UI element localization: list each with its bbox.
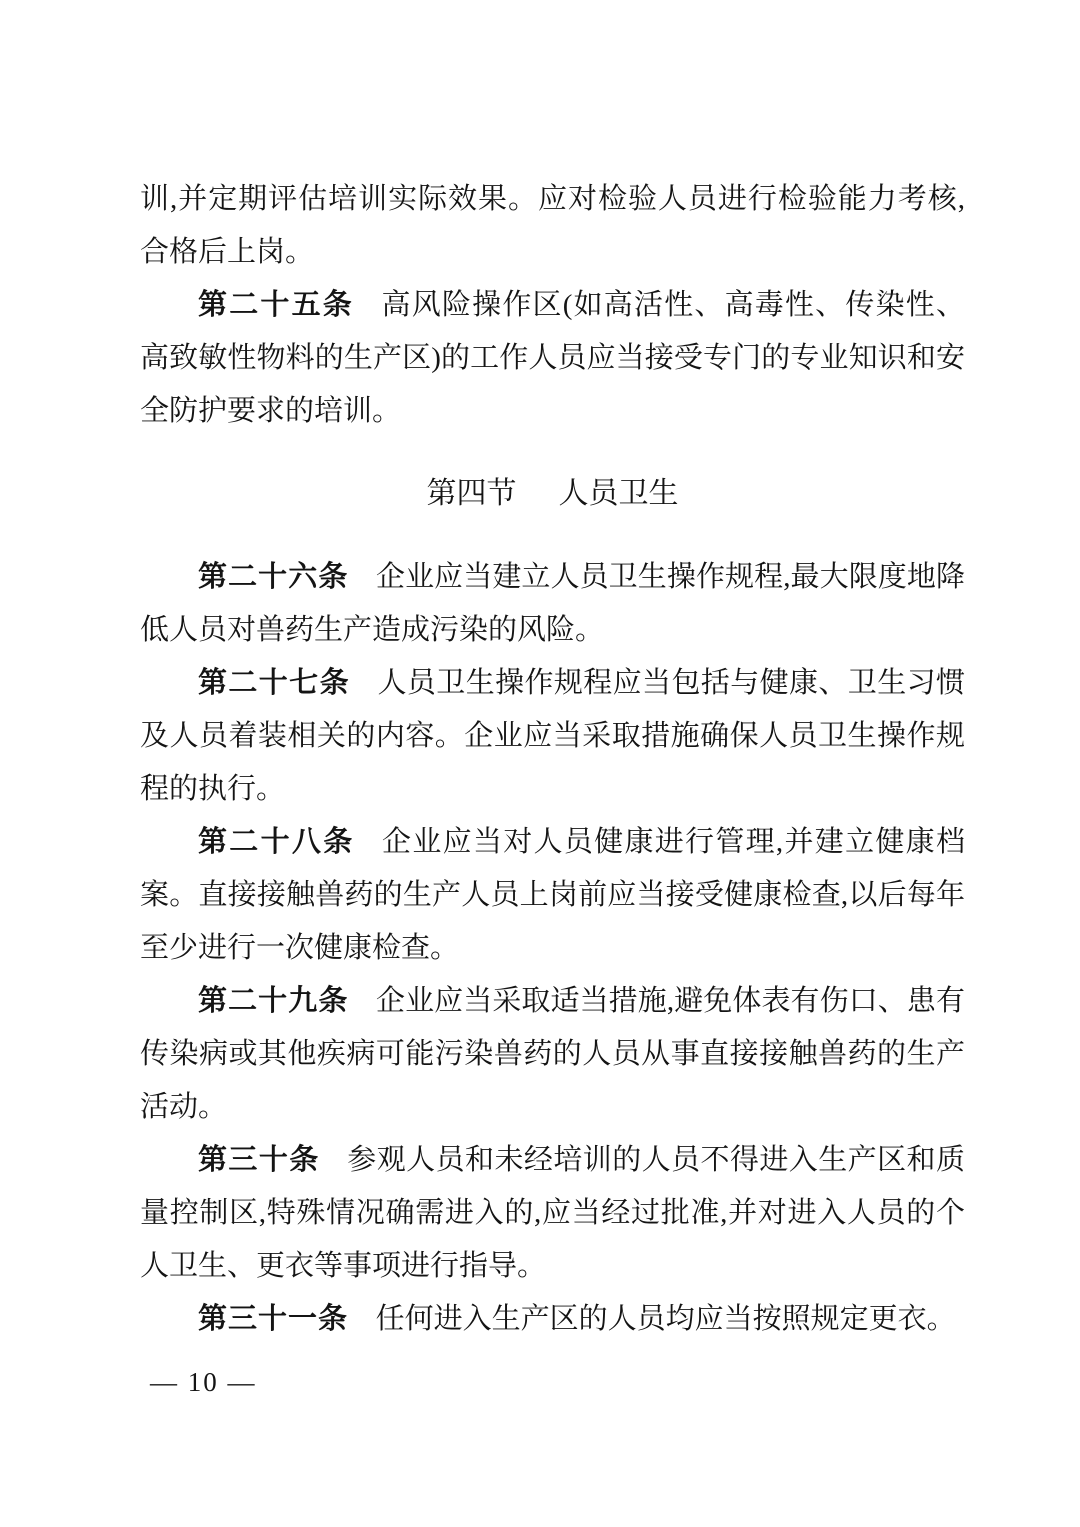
article-31: 第三十一条任何进入生产区的人员均应当按照规定更衣。 [140, 1293, 965, 1346]
article-26: 第二十六条企业应当建立人员卫生操作规程,最大限度地降低人员对兽药生产造成污染的风… [140, 551, 965, 657]
article-29: 第二十九条企业应当采取适当措施,避免体表有伤口、患有传染病或其他疾病可能污染兽药… [140, 975, 965, 1134]
article-25: 第二十五条高风险操作区(如高活性、高毒性、传染性、高致敏性物料的生产区)的工作人… [140, 279, 965, 438]
page-number: — 10 — [150, 1362, 257, 1402]
article-27-label: 第二十七条 [198, 667, 350, 699]
section-title: 人员卫生 [559, 477, 679, 510]
article-31-body: 任何进入生产区的人员均应当按照规定更衣。 [376, 1303, 956, 1335]
article-28-label: 第二十八条 [198, 826, 355, 858]
article-31-label: 第三十一条 [198, 1303, 348, 1335]
section-heading: 第四节人员卫生 [140, 467, 965, 520]
article-30: 第三十条参观人员和未经培训的人员不得进入生产区和质量控制区,特殊情况确需进入的,… [140, 1134, 965, 1293]
section-number: 第四节 [427, 477, 517, 510]
article-28: 第二十八条企业应当对人员健康进行管理,并建立健康档案。直接接触兽药的生产人员上岗… [140, 816, 965, 975]
document-page: 训,并定期评估培训实际效果。应对检验人员进行检验能力考核,合格后上岗。 第二十五… [0, 0, 1080, 1527]
paragraph-continuation: 训,并定期评估培训实际效果。应对检验人员进行检验能力考核,合格后上岗。 [140, 173, 965, 279]
article-27: 第二十七条人员卫生操作规程应当包括与健康、卫生习惯及人员着装相关的内容。企业应当… [140, 657, 965, 816]
article-25-label: 第二十五条 [198, 289, 354, 321]
article-30-label: 第三十条 [198, 1144, 320, 1176]
article-29-label: 第二十九条 [198, 985, 348, 1017]
article-26-label: 第二十六条 [198, 561, 348, 593]
